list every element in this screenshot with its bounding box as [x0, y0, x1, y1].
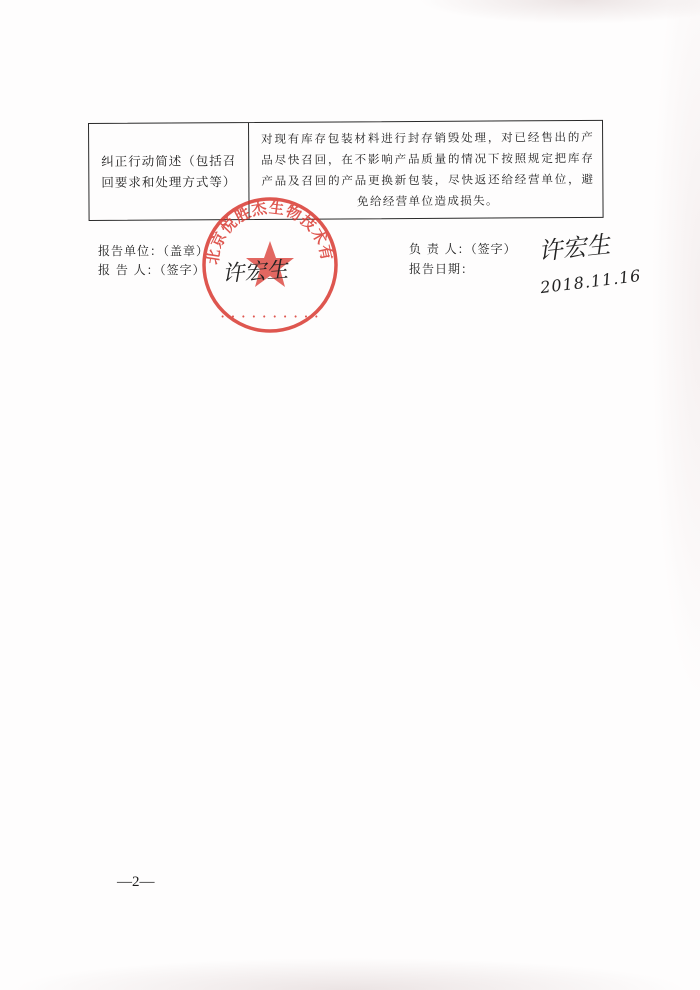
- report-date-label: 报告日期：: [409, 260, 474, 277]
- report-unit-label: 报告单位：（盖章）: [98, 242, 209, 259]
- reporter-signature: 许宏生: [221, 253, 289, 289]
- page-number: —2—: [117, 874, 155, 891]
- corrective-action-description: 对现有库存包装材料进行封存销毁处理，对已经售出的产品尽快召回，在不影响产品质量的…: [249, 121, 603, 219]
- responsible-signature: 许宏生: [536, 224, 611, 266]
- document-page: 纠正行动简述（包括召回要求和处理方式等） 对现有库存包装材料进行封存销毁处理，对…: [0, 0, 700, 990]
- corrective-action-table: 纠正行动简述（包括召回要求和处理方式等） 对现有库存包装材料进行封存销毁处理，对…: [88, 120, 604, 221]
- reporter-label: 报 告 人：（签字）: [98, 261, 206, 278]
- corrective-action-label: 纠正行动简述（包括召回要求和处理方式等）: [89, 123, 250, 220]
- report-date-handwritten: 2018.11.16: [539, 266, 642, 297]
- svg-text:• • • • • • • • • •: • • • • • • • • • •: [220, 313, 319, 321]
- responsible-person-label: 负 责 人：（签字）: [409, 240, 517, 257]
